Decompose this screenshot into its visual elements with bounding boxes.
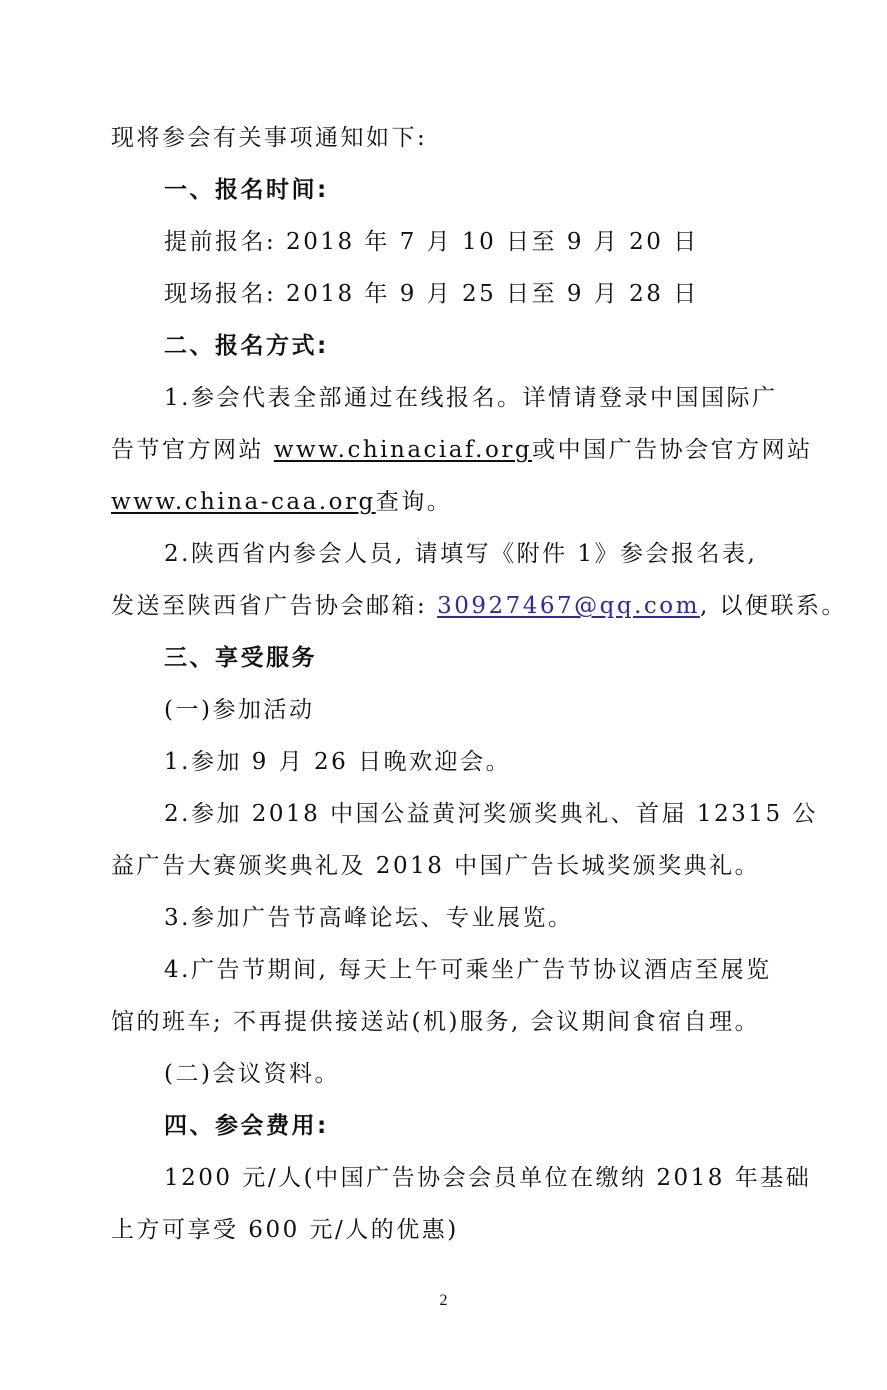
page-number: 2 (0, 1292, 887, 1310)
section-heading-registration-time: 一、报名时间: (164, 175, 801, 205)
section-heading-fees: 四、参会费用: (164, 1111, 801, 1141)
services-item-2-line-2: 益广告大赛颁奖典礼及 2018 中国广告长城奖颁奖典礼。 (111, 851, 801, 881)
method-item-1-line-3: www.china-caa.org查询。 (111, 487, 801, 517)
services-subheading-activities: (一)参加活动 (164, 695, 801, 725)
onsite-registration-text: 现场报名: 2018 年 9 月 25 日至 9 月 28 日 (164, 279, 801, 309)
services-item-1: 1.参加 9 月 26 日晚欢迎会。 (164, 747, 801, 777)
method-item-1-line-2: 告节官方网站 www.chinaciaf.org或中国广告协会官方网站 (111, 435, 801, 465)
early-registration-text: 提前报名: 2018 年 7 月 10 日至 9 月 20 日 (164, 227, 801, 257)
link-china-caa[interactable]: www.china-caa.org (111, 489, 376, 515)
intro-text: 现将参会有关事项通知如下: (111, 123, 801, 153)
method-item-1-line-1: 1.参会代表全部通过在线报名。详情请登录中国国际广 (164, 383, 801, 413)
link-chinaciaf[interactable]: www.chinaciaf.org (274, 437, 532, 463)
services-item-4-line-1: 4.广告节期间, 每天上午可乘坐广告节协议酒店至展览 (164, 955, 801, 985)
services-item-2-line-1: 2.参加 2018 中国公益黄河奖颁奖典礼、首届 12315 公 (164, 799, 801, 829)
method-item-2-line-2: 发送至陕西省广告协会邮箱: 30927467@qq.com, 以便联系。 (111, 591, 801, 621)
text-segment: , 以便联系。 (700, 593, 847, 619)
section-heading-services: 三、享受服务 (164, 643, 801, 673)
fee-text-line-2: 上方可享受 600 元/人的优惠) (111, 1215, 801, 1245)
text-segment: 发送至陕西省广告协会邮箱: (111, 593, 437, 619)
services-subheading-materials: (二)会议资料。 (164, 1059, 801, 1089)
text-segment: 或中国广告协会官方网站 (532, 437, 813, 463)
email-link[interactable]: 30927467@qq.com (437, 593, 700, 619)
text-segment: 查询。 (376, 489, 453, 515)
fee-text-line-1: 1200 元/人(中国广告协会会员单位在缴纳 2018 年基础 (164, 1163, 801, 1193)
section-heading-registration-method: 二、报名方式: (164, 331, 801, 361)
services-item-4-line-2: 馆的班车; 不再提供接送站(机)服务, 会议期间食宿自理。 (111, 1007, 801, 1037)
text-segment: 告节官方网站 (111, 437, 274, 463)
services-item-3: 3.参加广告节高峰论坛、专业展览。 (164, 903, 801, 933)
method-item-2-line-1: 2.陕西省内参会人员, 请填写《附件 1》参会报名表, (164, 539, 801, 569)
